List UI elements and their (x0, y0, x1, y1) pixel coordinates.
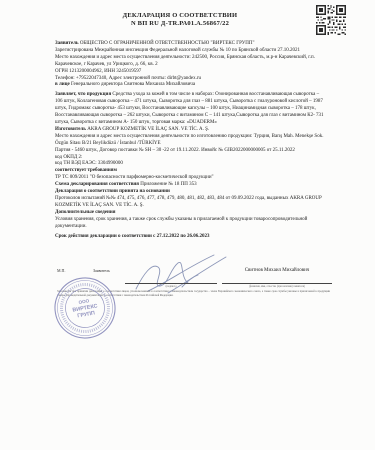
address-line: Место нахождения и адрес места осуществл… (55, 55, 325, 69)
name-line (222, 283, 332, 284)
declares-paragraph: Заявляет, что продукция Средства ухода з… (55, 92, 325, 127)
document-number: N ВП RU Д-TR.РА01.А.56867/22 (40, 20, 320, 28)
document-header: ДЕКЛАРАЦИЯ О СООТВЕТСТВИИ N ВП RU Д-TR.Р… (40, 12, 320, 28)
additional-heading: Дополнительные сведения (55, 210, 325, 217)
qr-code-icon (316, 5, 346, 35)
document-title: ДЕКЛАРАЦИЯ О СООТВЕТСТВИИ (40, 12, 320, 20)
signature-area: М.П. Заявитель (подпись) Свитнов Михаил … (0, 263, 375, 333)
document-body: Заявитель ОБЩЕСТВО С ОГРАНИЧЕННОЙ ОТВЕТС… (55, 41, 325, 241)
scheme-line: Схема декларирования соответствия Прилож… (55, 182, 325, 189)
okpd-line: код ОКПД 2: (55, 155, 325, 162)
name-caption: (фамилия, имя, отчество (при наличии) за… (222, 285, 332, 288)
protocols-line: Протоколов испытаний №№ 474, 475, 476, 4… (55, 196, 325, 210)
contacts-line: Телефон: +79522047340, Адрес электронной… (55, 76, 325, 83)
batch-line: Партия - 5460 штук, Договор поставки № S… (55, 148, 325, 155)
tnved-line: код ТН ВЭД ЕАЭС: 3304990000 (55, 161, 325, 168)
handwritten-signature (118, 253, 238, 295)
conforms-heading: соответствует требованиям (55, 168, 325, 175)
signature-caption: (подпись) (125, 285, 217, 288)
ogrn-line: ОГРН 1213200004962, ИНН 3245019597 (55, 69, 325, 76)
manufacturer-address-line: Место нахождения и адрес места осуществл… (55, 134, 325, 148)
signatory-name: Свитнов Михаил Михайлович (222, 268, 332, 273)
company-stamp: ООО ВИРТЕКС ГРУПП (47, 270, 123, 346)
stamp-place-label: М.П. (57, 268, 65, 273)
additional-text: Условия хранения, срок хранения, а также… (55, 217, 325, 231)
applicant-line: Заявитель ОБЩЕСТВО С ОГРАНИЧЕННОЙ ОТВЕТС… (55, 41, 325, 48)
validity-line: Срок действия декларации о соответствии … (55, 234, 325, 241)
declaration-document: ДЕКЛАРАЦИЯ О СООТВЕТСТВИИ N ВП RU Д-TR.Р… (0, 0, 375, 450)
registration-line: Зарегистрирована Межрайонная инспекция Ф… (55, 48, 325, 55)
manufacturer-line: Изготовитель AKRA GROUP KOZMETİK VE İLAÇ… (55, 127, 325, 134)
signature-line (125, 283, 217, 284)
in-person-line: в лице Генерального директора Свитнова М… (55, 82, 325, 89)
basis-heading: Декларация о соответствии принята на осн… (55, 189, 325, 196)
